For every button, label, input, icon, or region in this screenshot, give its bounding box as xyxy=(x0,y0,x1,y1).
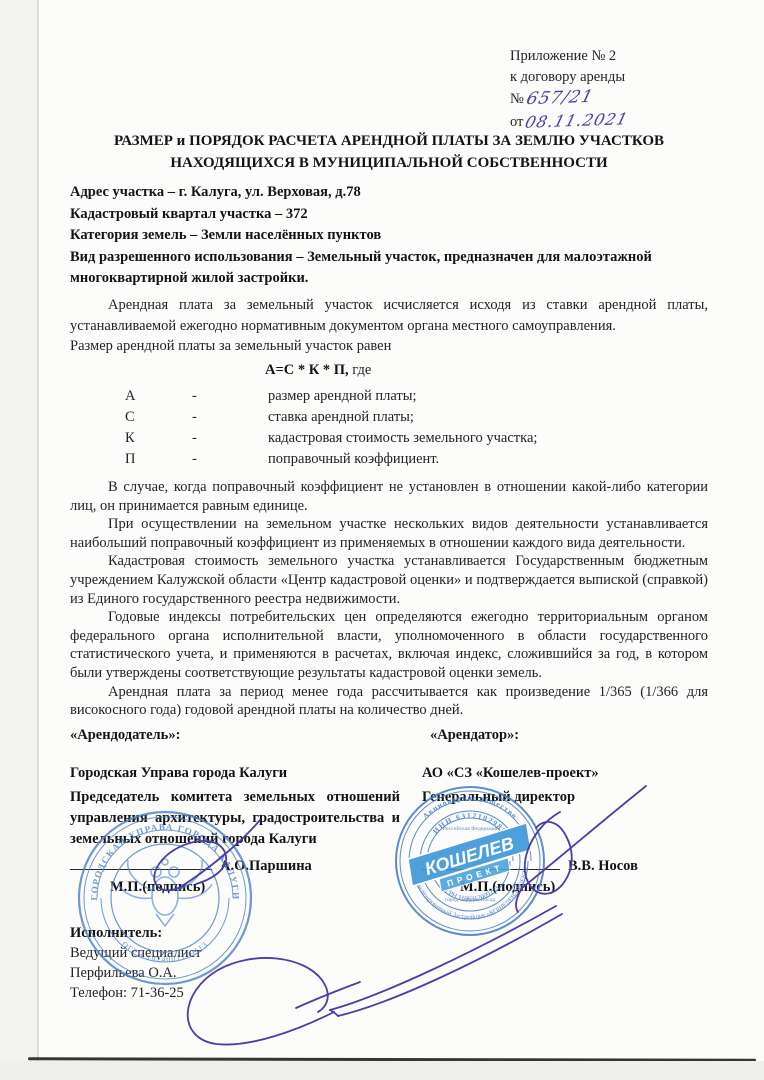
executor-position: Ведущий специалист xyxy=(70,943,201,963)
tenant-signer-name: В.В. Носов xyxy=(568,858,638,874)
tenant-stamp-inn-text: ИНН 6312102986 xyxy=(431,811,509,836)
plot-cadastral-quarter-line: Кадастровый квартал участка – 372 xyxy=(70,204,714,226)
plot-info-block: Адрес участка – г. Калуга, ул. Верховая,… xyxy=(70,182,714,290)
formula-expression: А=С * К * П, xyxy=(265,362,349,378)
definition-symbol: С xyxy=(125,407,192,428)
formula-line: А=С * К * П, где xyxy=(265,362,371,379)
tenant-organization: АО «СЗ «Кошелев-проект» xyxy=(422,765,599,782)
executor-label: Исполнитель: xyxy=(70,923,201,943)
landlord-role-label: «Арендодатель»: xyxy=(70,727,400,744)
definition-row: А-размер арендной платы; xyxy=(70,386,670,407)
definition-dash: - xyxy=(192,428,268,449)
intro-block: Арендная плата за земельный участок исчи… xyxy=(70,295,708,357)
contract-number-row: №657/21 xyxy=(510,88,628,110)
definition-row: П-поправочный коэффициент. xyxy=(70,449,670,470)
formula-suffix: где xyxy=(349,362,372,378)
scan-bottom-margin xyxy=(0,1061,764,1080)
definition-row: С-ставка арендной платы; xyxy=(70,407,670,428)
definition-symbol: К xyxy=(125,428,192,449)
document-title: РАЗМЕР и ПОРЯДОК РАСЧЕТА АРЕНДНОЙ ПЛАТЫ … xyxy=(62,130,716,174)
definition-dash: - xyxy=(192,407,268,428)
executor-name: Перфильева О.А. xyxy=(70,963,201,983)
document-title-line-1: РАЗМЕР и ПОРЯДОК РАСЧЕТА АРЕНДНОЙ ПЛАТЫ … xyxy=(62,130,716,152)
plot-permitted-use-line: Вид разрешенного использования – Земельн… xyxy=(70,247,714,290)
scanned-page: Приложение № 2 к договору аренды №657/21… xyxy=(0,0,764,1080)
definition-row: К-кадастровая стоимость земельного участ… xyxy=(70,428,670,449)
body-paragraph-1: В случае, когда поправочный коэффициент … xyxy=(70,478,708,515)
body-paragraph-4: Годовые индексы потребительских цен опре… xyxy=(70,608,708,682)
contract-number-label: № xyxy=(510,91,524,107)
landlord-position: Председатель комитета земельных отношени… xyxy=(70,787,400,850)
tenant-stamp-country-text: Российская Федерация xyxy=(443,825,498,832)
definitions-list: А-размер арендной платы; С-ставка арендн… xyxy=(70,386,670,470)
document-title-line-2: НАХОДЯЩИХСЯ В МУНИЦИПАЛЬНОЙ СОБСТВЕННОСТ… xyxy=(62,152,716,174)
landlord-signature-row: А.О.Паршина xyxy=(70,855,312,875)
appendix-line-1: Приложение № 2 xyxy=(510,46,628,67)
body-paragraph-3: Кадастровая стоимость земельного участка… xyxy=(70,552,708,608)
plot-land-category-line: Категория земель – Земли населённых пунк… xyxy=(70,225,714,247)
tenant-role-label: «Арендатор»: xyxy=(422,727,708,744)
tenant-seal-note: М.П.(подпись) xyxy=(460,879,555,896)
appendix-header-block: Приложение № 2 к договору аренды №657/21… xyxy=(510,46,628,133)
scan-left-margin xyxy=(0,0,37,1062)
definition-dash: - xyxy=(192,449,268,470)
intro-paragraph: Арендная плата за земельный участок исчи… xyxy=(70,295,708,336)
executor-block: Исполнитель: Ведущий специалист Перфилье… xyxy=(70,923,201,1003)
definition-meaning: размер арендной платы; xyxy=(268,386,670,407)
landlord-signer-name: А.О.Паршина xyxy=(220,858,312,874)
rent-amount-line: Размер арендной платы за земельный участ… xyxy=(70,336,708,357)
executor-signature-flourish xyxy=(188,906,562,1045)
body-paragraph-5: Арендная плата за период менее года расс… xyxy=(70,683,708,720)
body-text-block: В случае, когда поправочный коэффициент … xyxy=(70,478,708,720)
landlord-seal-note: М.П.(подпись) xyxy=(110,879,205,896)
definition-symbol: П xyxy=(125,449,192,470)
definition-symbol: А xyxy=(125,386,192,407)
definition-meaning: поправочный коэффициент. xyxy=(268,449,670,470)
tenant-stamp-city-text: город Сергиев Посад xyxy=(445,897,496,903)
definition-meaning: ставка арендной платы; xyxy=(268,407,670,428)
appendix-line-2: к договору аренды xyxy=(510,67,628,88)
plot-address-line: Адрес участка – г. Калуга, ул. Верховая,… xyxy=(70,182,714,204)
definition-meaning: кадастровая стоимость земельного участка… xyxy=(268,428,670,449)
contract-number-handwritten: 657/21 xyxy=(524,87,596,110)
landlord-signature-line xyxy=(70,855,212,870)
page-left-edge xyxy=(37,0,39,1062)
body-paragraph-2: При осуществлении на земельном участке н… xyxy=(70,515,708,552)
contract-date-label: от xyxy=(510,114,523,130)
tenant-signature-row: В.В. Носов xyxy=(422,855,638,875)
landlord-column: «Арендодатель»: Городская Управа города … xyxy=(70,727,400,744)
svg-text:ИНН 6312102986: ИНН 6312102986 xyxy=(431,811,509,836)
tenant-column: «Арендатор»: АО «СЗ «Кошелев-проект» Ген… xyxy=(422,727,708,744)
tenant-signature-line xyxy=(422,855,560,870)
tenant-position: Генеральный директор xyxy=(422,787,708,808)
executor-phone: Телефон: 71-36-25 xyxy=(70,983,201,1003)
definition-dash: - xyxy=(192,386,268,407)
landlord-organization: Городская Управа города Калуги xyxy=(70,765,287,782)
